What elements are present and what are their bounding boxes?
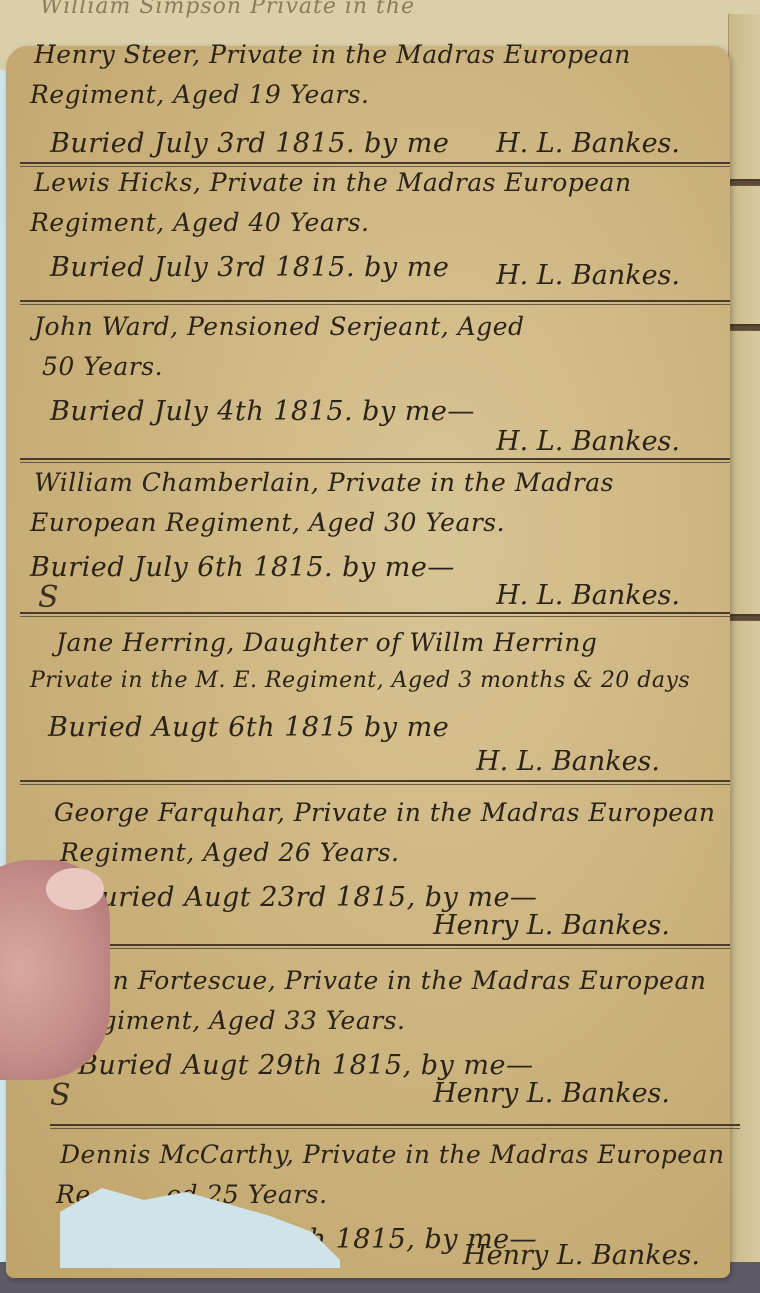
- entry-signature: Henry L. Bankes.: [433, 910, 670, 941]
- entry-burial-line: Buried July 3rd 1815. by me: [50, 128, 449, 159]
- entry-divider: [60, 944, 730, 949]
- entry-age-line: Regiment, Aged 19 Years.: [30, 80, 369, 109]
- entry-name-line: Jane Herring, Daughter of Willm Herring: [56, 628, 597, 657]
- underlying-page-text: William Simpson Private in the: [40, 0, 415, 19]
- entry-burial-line: Buried Augt 29th 1815, by me—: [78, 1050, 533, 1081]
- entry-burial-line: Buried July 4th 1815. by me—: [50, 396, 475, 427]
- entry-signature: Henry L. Bankes.: [433, 1078, 670, 1109]
- entry-signature: H. L. Bankes.: [496, 426, 680, 457]
- entry-age-line: Regiment, Aged 33 Years.: [66, 1006, 405, 1035]
- entry-age-line: 50 Years.: [42, 352, 163, 381]
- entry-age-line: Regiment, Aged 40 Years.: [30, 208, 369, 237]
- entry-divider: [20, 780, 730, 785]
- entry-divider: [20, 458, 730, 463]
- entry-signature: Henry L. Bankes.: [463, 1240, 700, 1271]
- entry-name-line: Henry Steer, Private in the Madras Europ…: [34, 40, 631, 69]
- entry-burial-line: Buried Augt 6th 1815 by me: [48, 712, 449, 743]
- entry-name-line: Lewis Hicks, Private in the Madras Europ…: [34, 168, 632, 197]
- entry-name-line: William Chamberlain, Private in the Madr…: [34, 468, 614, 497]
- entry-divider: [20, 300, 730, 305]
- entry-divider: [20, 612, 730, 617]
- entry-age-line: Private in the M. E. Regiment, Aged 3 mo…: [30, 668, 690, 693]
- entry-burial-line: Buried Augt 23rd 1815, by me—: [80, 882, 537, 913]
- entry-name-line: John Fortescue, Private in the Madras Eu…: [70, 966, 706, 995]
- entry-signature: H. L. Bankes.: [476, 746, 660, 777]
- entry-name-line: George Farquhar, Private in the Madras E…: [54, 798, 716, 827]
- entry-burial-line: Buried July 6th 1815. by me—: [30, 552, 455, 583]
- entry-age-line: Regiment, Aged 26 Years.: [60, 838, 399, 867]
- entry-divider: [20, 162, 730, 167]
- entry-name-line: Dennis McCarthy, Private in the Madras E…: [60, 1140, 725, 1169]
- fingernail: [46, 868, 104, 910]
- entry-margin-mark: S: [50, 1078, 71, 1113]
- entry-margin-mark: S: [38, 580, 59, 615]
- entry-divider: [50, 1124, 740, 1129]
- adjacent-page-edge: [728, 14, 760, 1293]
- entry-signature: H. L. Bankes.: [496, 260, 680, 291]
- entry-name-line: John Ward, Pensioned Serjeant, Aged: [34, 312, 525, 341]
- entry-burial-line: Buried July 3rd 1815. by me: [50, 252, 449, 283]
- entry-signature: H. L. Bankes.: [496, 128, 680, 159]
- entry-age-line: European Regiment, Aged 30 Years.: [30, 508, 505, 537]
- entry-signature: H. L. Bankes.: [496, 580, 680, 611]
